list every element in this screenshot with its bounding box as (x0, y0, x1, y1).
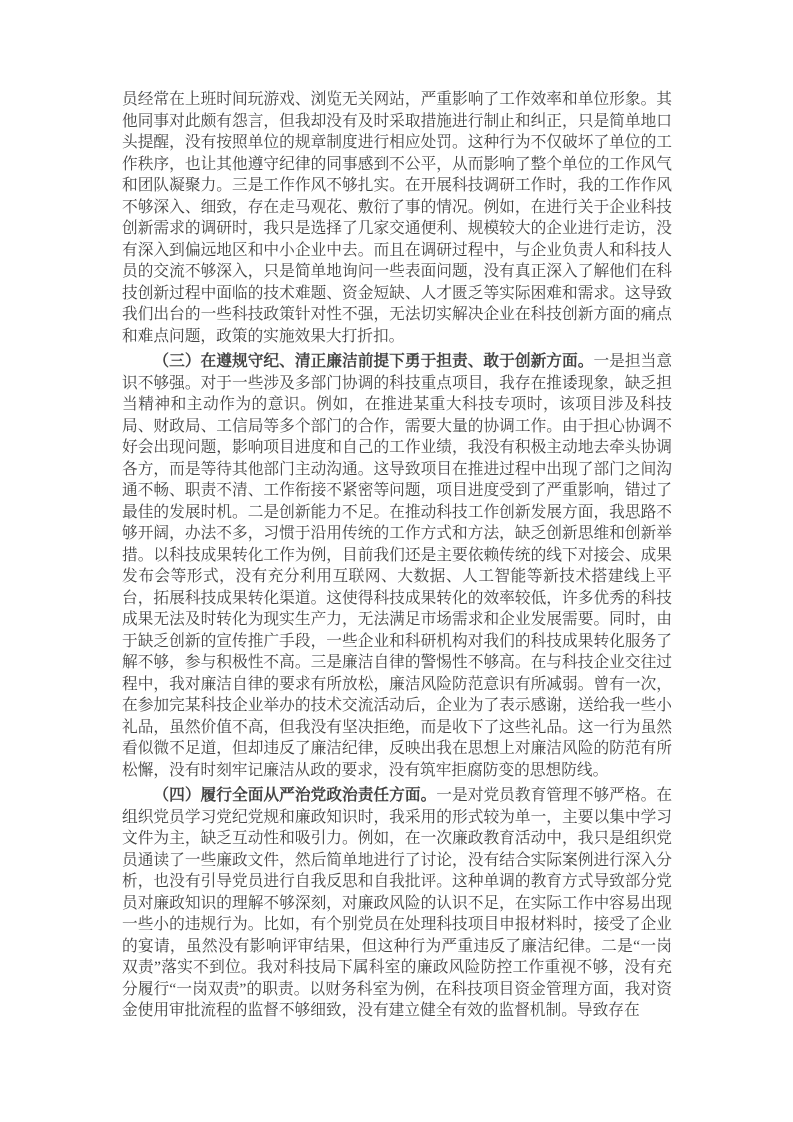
paragraph-section-three: （三）在遵规守纪、清正廉洁前提下勇于担责、敢于创新方面。一是担当意识不够强。对于… (122, 351, 672, 781)
body-text-run: 一是担当意识不够强。对于一些涉及多部门协调的科技重点项目，我存在推诿现象，缺乏担… (122, 353, 672, 779)
section-four-heading: （四）履行全面从严治党政治责任方面。 (153, 787, 436, 804)
document-page: 员经常在上班时间玩游戏、浏览无关网站，严重影响了工作效率和单位形象。其他同事对此… (0, 0, 793, 1122)
body-text-run: 一是对党员教育管理不够严格。在组织党员学习党纪党规和廉政知识时，我采用的形式较为… (122, 787, 672, 1019)
document-body: 员经常在上班时间玩游戏、浏览无关网站，严重影响了工作效率和单位形象。其他同事对此… (122, 89, 672, 1022)
section-three-heading: （三）在遵规守纪、清正廉洁前提下勇于担责、敢于创新方面。 (153, 353, 593, 370)
paragraph-section-four: （四）履行全面从严治党政治责任方面。一是对党员教育管理不够严格。在组织党员学习党… (122, 785, 672, 1022)
paragraph-continuation: 员经常在上班时间玩游戏、浏览无关网站，严重影响了工作效率和单位形象。其他同事对此… (122, 89, 672, 347)
body-text-run: 员经常在上班时间玩游戏、浏览无关网站，严重影响了工作效率和单位形象。其他同事对此… (122, 91, 672, 345)
